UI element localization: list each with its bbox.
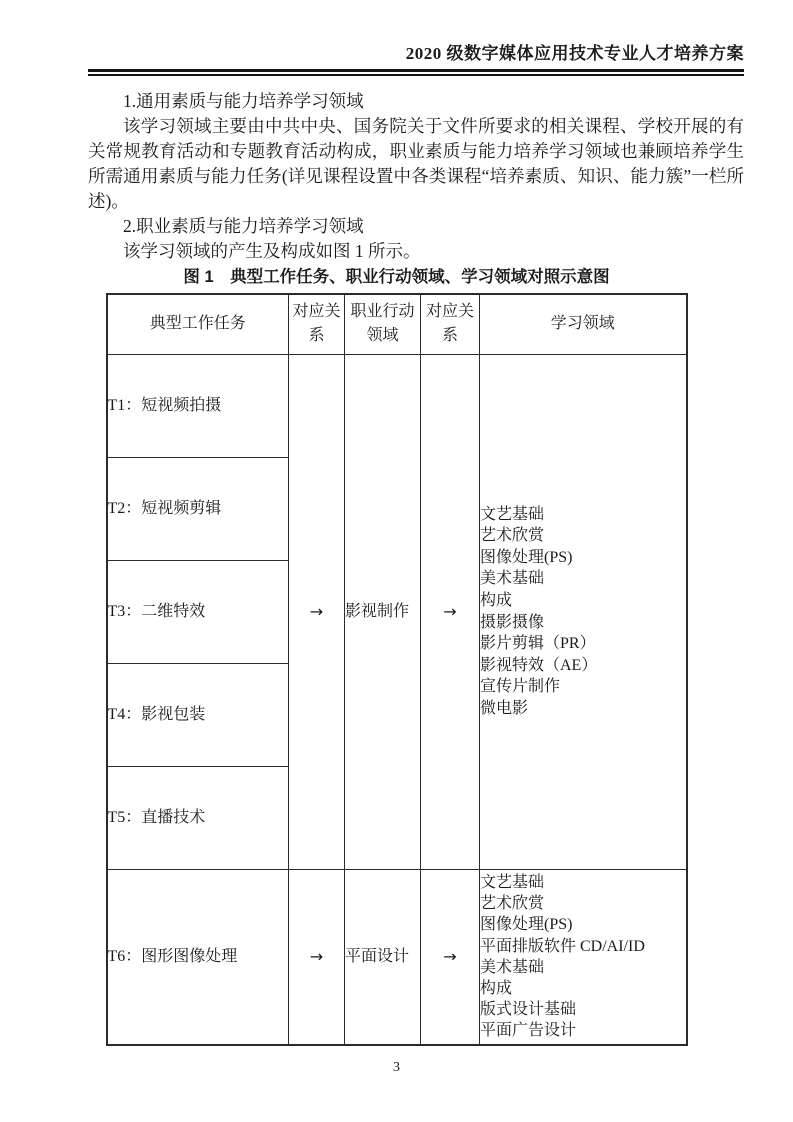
column-header-correspondence-left: 对应关系	[289, 294, 345, 354]
learning-areas-list: 文艺基础艺术欣赏图像处理(PS)美术基础构成摄影摄像影片剪辑（PR）影视特效（A…	[480, 504, 686, 720]
learning-areas-cell-block2: 文艺基础艺术欣赏图像处理(PS)平面排版软件 CD/AI/ID美术基础构成版式设…	[480, 869, 687, 1045]
arrow-right-icon: →	[289, 354, 345, 869]
task-cell-t3: T3：二维特效	[107, 560, 289, 663]
learning-area-item: 图像处理(PS)	[480, 914, 686, 935]
domain-cell-film-production: 影视制作	[345, 354, 421, 869]
page-header: 2020 级数字媒体应用技术专业人才培养方案	[88, 44, 744, 76]
learning-area-item: 艺术欣赏	[480, 893, 686, 914]
figure-caption: 图 1 典型工作任务、职业行动领域、学习领域对照示意图	[0, 267, 793, 288]
column-header-action-domain: 职业行动领域	[345, 294, 421, 354]
learning-area-item: 文艺基础	[480, 504, 686, 526]
column-header-typical-tasks: 典型工作任务	[107, 294, 289, 354]
document-page: 2020 级数字媒体应用技术专业人才培养方案 1.通用素质与能力培养学习领域 该…	[0, 0, 793, 1122]
learning-areas-list: 文艺基础艺术欣赏图像处理(PS)平面排版软件 CD/AI/ID美术基础构成版式设…	[480, 872, 686, 1042]
learning-area-item: 影视特效（AE）	[480, 655, 686, 677]
arrow-right-icon: →	[421, 354, 480, 869]
learning-area-item: 美术基础	[480, 957, 686, 978]
column-header-correspondence-right: 对应关系	[421, 294, 480, 354]
task-cell-t5: T5：直播技术	[107, 766, 289, 869]
learning-area-item: 构成	[480, 590, 686, 612]
task-cell-t6: T6：图形图像处理	[107, 869, 289, 1045]
arrow-right-icon: →	[421, 869, 480, 1045]
table-row: T1：短视频拍摄 → 影视制作 → 文艺基础艺术欣赏图像处理(PS)美术基础构成…	[107, 354, 687, 457]
arrow-right-icon: →	[289, 869, 345, 1045]
learning-area-item: 影片剪辑（PR）	[480, 633, 686, 655]
learning-area-item: 平面广告设计	[480, 1020, 686, 1041]
paragraph: 1.通用素质与能力培养学习领域	[88, 89, 744, 114]
table-row: T6：图形图像处理 → 平面设计 → 文艺基础艺术欣赏图像处理(PS)平面排版软…	[107, 869, 687, 1045]
learning-area-item: 构成	[480, 978, 686, 999]
learning-area-item: 美术基础	[480, 568, 686, 590]
learning-area-item: 平面排版软件 CD/AI/ID	[480, 936, 686, 957]
page-footer: 3	[0, 1060, 793, 1076]
table-header-row: 典型工作任务 对应关系 职业行动领域 对应关系 学习领域	[107, 294, 687, 354]
learning-area-item: 微电影	[480, 698, 686, 720]
learning-area-item: 文艺基础	[480, 872, 686, 893]
paragraph: 2.职业素质与能力培养学习领域	[88, 214, 744, 239]
learning-area-item: 版式设计基础	[480, 999, 686, 1020]
figure1-table: 典型工作任务 对应关系 职业行动领域 对应关系 学习领域 T1：短视频拍摄 → …	[106, 293, 688, 1046]
body-text: 1.通用素质与能力培养学习领域 该学习领域主要由中共中央、国务院关于文件所要求的…	[88, 89, 744, 264]
paragraph: 该学习领域主要由中共中央、国务院关于文件所要求的相关课程、学校开展的有关常规教育…	[88, 114, 744, 214]
column-header-learning-areas: 学习领域	[480, 294, 687, 354]
learning-area-item: 艺术欣赏	[480, 525, 686, 547]
task-cell-t1: T1：短视频拍摄	[107, 354, 289, 457]
task-cell-t2: T2：短视频剪辑	[107, 457, 289, 560]
learning-area-item: 摄影摄像	[480, 612, 686, 634]
page-number: 3	[393, 1060, 400, 1075]
learning-areas-cell-block1: 文艺基础艺术欣赏图像处理(PS)美术基础构成摄影摄像影片剪辑（PR）影视特效（A…	[480, 354, 687, 869]
task-cell-t4: T4：影视包装	[107, 663, 289, 766]
paragraph: 该学习领域的产生及构成如图 1 所示。	[88, 239, 744, 264]
learning-area-item: 图像处理(PS)	[480, 547, 686, 569]
running-header-title: 2020 级数字媒体应用技术专业人才培养方案	[88, 44, 744, 64]
learning-area-item: 宣传片制作	[480, 676, 686, 698]
domain-cell-graphic-design: 平面设计	[345, 869, 421, 1045]
header-double-rule	[88, 69, 744, 76]
